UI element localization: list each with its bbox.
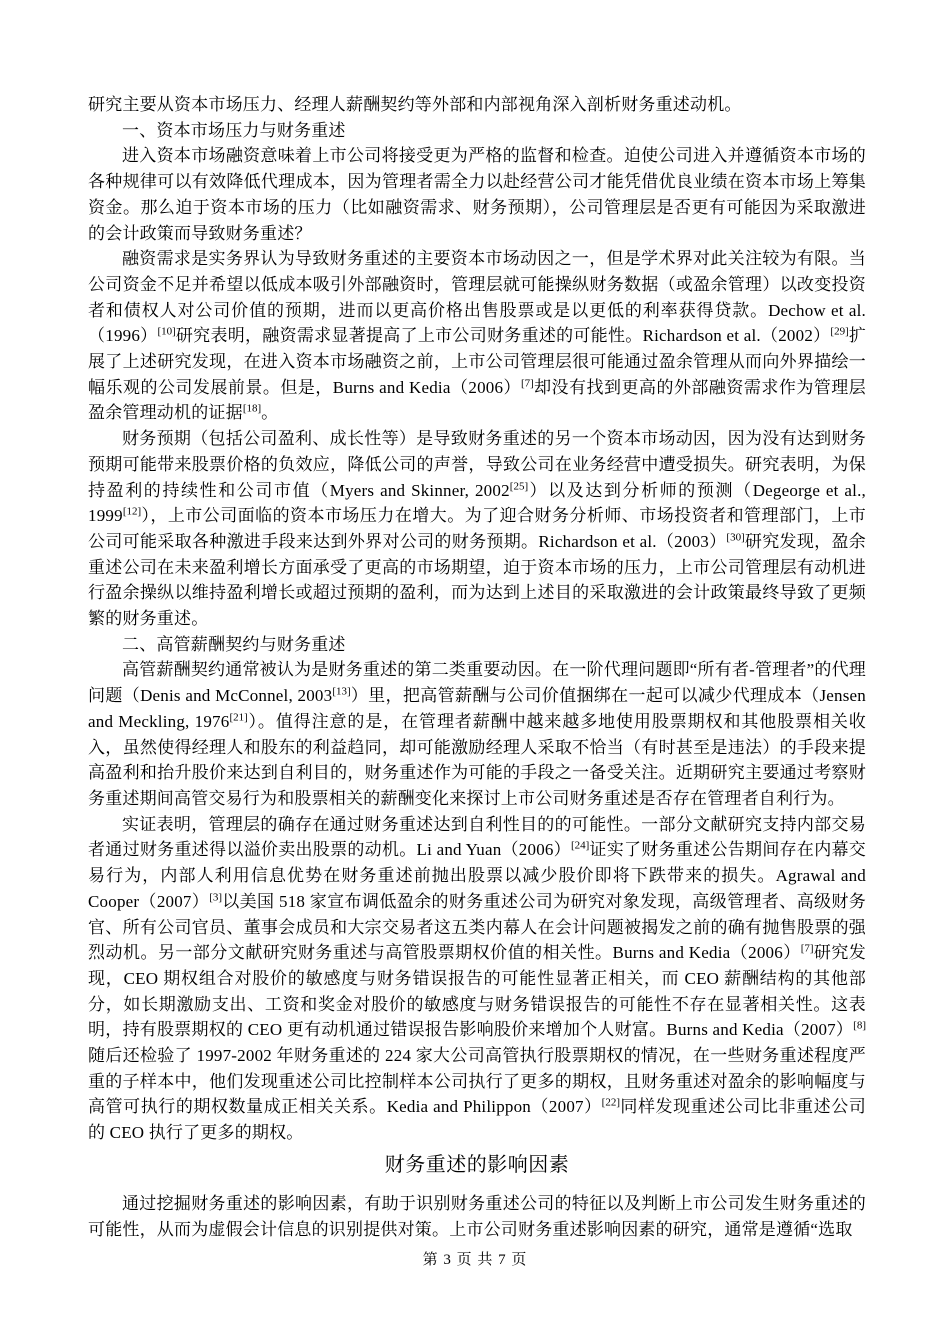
citation-superscript: [10]	[157, 326, 175, 338]
citation-superscript: [8]	[853, 1020, 866, 1032]
citation-superscript: [3]	[209, 891, 222, 903]
text-run: 。	[261, 403, 278, 422]
text-run: 进入资本市场融资意味着上市公司将接受更为严格的监督和检查。迫使公司进入并遵循资本…	[88, 146, 866, 242]
text-run: 研究表明，融资需求显著提高了上市公司财务重述的可能性。Richardson et…	[176, 326, 831, 345]
citation-superscript: [18]	[243, 403, 261, 415]
citation-superscript: [29]	[830, 326, 848, 338]
paragraph: 财务预期（包括公司盈利、成长性等）是导致财务重述的另一个资本市场动因，因为没有达…	[88, 426, 866, 632]
paragraph: 通过挖掘财务重述的影响因素，有助于识别财务重述公司的特征以及判断上市公司发生财务…	[88, 1191, 866, 1242]
text-run: 财务重述的影响因素	[385, 1154, 570, 1176]
page-footer: 第 3 页 共 7 页	[0, 1248, 950, 1269]
paragraph: 一、资本市场压力与财务重述	[88, 118, 866, 144]
document-body: 研究主要从资本市场压力、经理人薪酬契约等外部和内部视角深入剖析财务重述动机。一、…	[88, 92, 866, 1242]
paragraph: 二、高管薪酬契约与财务重述	[88, 632, 866, 658]
text-run: 一、资本市场压力与财务重述	[122, 121, 346, 140]
paragraph: 高管薪酬契约通常被认为是财务重述的第二类重要动因。在一阶代理问题即“所有者-管理…	[88, 657, 866, 811]
text-run: 通过挖掘财务重述的影响因素，有助于识别财务重述公司的特征以及判断上市公司发生财务…	[88, 1194, 866, 1239]
citation-superscript: [25]	[510, 480, 528, 492]
citation-superscript: [13]	[332, 686, 350, 698]
citation-superscript: [22]	[602, 1097, 620, 1109]
paragraph: 融资需求是实务界认为导致财务重述的主要资本市场动因之一，但是学术界对此关注较为有…	[88, 246, 866, 426]
citation-superscript: [12]	[123, 506, 141, 518]
text-run: 二、高管薪酬契约与财务重述	[122, 635, 346, 654]
paragraph: 实证表明，管理层的确存在通过财务重述达到自利性目的的可能性。一部分文献研究支持内…	[88, 812, 866, 1146]
paragraph: 进入资本市场融资意味着上市公司将接受更为严格的监督和检查。迫使公司进入并遵循资本…	[88, 143, 866, 246]
citation-superscript: [21]	[229, 711, 247, 723]
citation-superscript: [7]	[521, 377, 534, 389]
citation-superscript: [24]	[571, 840, 589, 852]
document-page: 研究主要从资本市场压力、经理人薪酬契约等外部和内部视角深入剖析财务重述动机。一、…	[0, 0, 950, 1344]
section-heading: 财务重述的影响因素	[88, 1151, 866, 1179]
text-run: 研究主要从资本市场压力、经理人薪酬契约等外部和内部视角深入剖析财务重述动机。	[88, 95, 742, 114]
citation-superscript: [30]	[726, 531, 744, 543]
paragraph: 研究主要从资本市场压力、经理人薪酬契约等外部和内部视角深入剖析财务重述动机。	[88, 92, 866, 118]
citation-superscript: [7]	[801, 943, 814, 955]
